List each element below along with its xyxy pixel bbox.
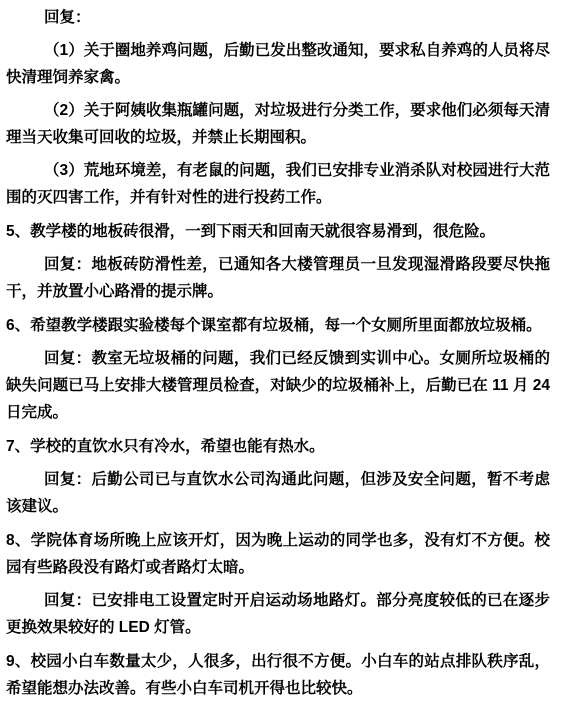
paragraph-issue-item-5: 5、教学楼的地板砖很滑，一到下雨天和回南天就很容易滑到，很危险。: [6, 218, 550, 245]
paragraph-reply-6: 回复：教室无垃圾桶的问题，我们已经反馈到实训中心。女厕所垃圾桶的缺失问题已马上安…: [6, 345, 550, 426]
document-page: 回复：（1）关于圈地养鸡问题，后勤已发出整改通知，要求私自养鸡的人员将尽快清理饲…: [0, 0, 563, 728]
paragraph-reply-8: 回复：已安排电工设置定时开启运动场地路灯。部分亮度较低的已在逐步更换效果较好的 …: [6, 587, 550, 641]
paragraph-reply-label: 回复：: [6, 4, 550, 31]
paragraph-issue-item-9: 9、校园小白车数量太少，人很多，出行很不方便。小白车的站点排队秩序乱，希望能想办…: [6, 648, 550, 702]
paragraph-issue-item-8: 8、学院体育场所晚上应该开灯，因为晚上运动的同学也多，没有灯不方便。校园有些路段…: [6, 527, 550, 581]
paragraph-numbered-reply-3: （3）荒地环境差，有老鼠的问题，我们已安排专业消杀队对校园进行大范围的灭四害工作…: [6, 157, 550, 211]
document-body: 回复：（1）关于圈地养鸡问题，后勤已发出整改通知，要求私自养鸡的人员将尽快清理饲…: [6, 4, 550, 702]
paragraph-issue-item-7: 7、学校的直饮水只有冷水，希望也能有热水。: [6, 433, 550, 460]
paragraph-numbered-reply-2: （2）关于阿姨收集瓶罐问题，对垃圾进行分类工作，要求他们必须每天清理当天收集可回…: [6, 97, 550, 151]
paragraph-issue-item-6: 6、希望教学楼跟实验楼每个课室都有垃圾桶，每一个女厕所里面都放垃圾桶。: [6, 312, 550, 339]
paragraph-reply-5: 回复：地板砖防滑性差，已通知各大楼管理员一旦发现湿滑路段要尽快拖干，并放置小心路…: [6, 251, 550, 305]
paragraph-reply-7: 回复：后勤公司已与直饮水公司沟通此问题，但涉及安全问题，暂不考虑该建议。: [6, 466, 550, 520]
paragraph-numbered-reply-1: （1）关于圈地养鸡问题，后勤已发出整改通知，要求私自养鸡的人员将尽快清理饲养家禽…: [6, 37, 550, 91]
